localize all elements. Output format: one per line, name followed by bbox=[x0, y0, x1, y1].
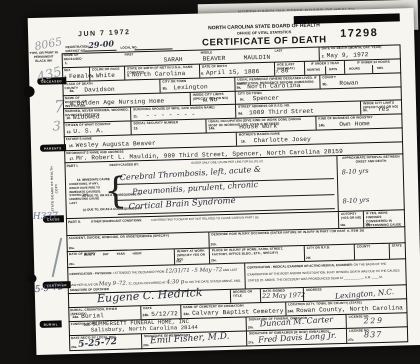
field-number: 3. bbox=[64, 75, 67, 79]
field-number: 2. bbox=[322, 54, 325, 58]
examiner-cert-am: A.M. ____ bbox=[365, 275, 379, 279]
field-age-value: 7.86 bbox=[276, 67, 289, 74]
name-first-value: SARAH bbox=[164, 56, 183, 63]
field-number: 17. bbox=[69, 156, 74, 160]
name-first-header: FIRST bbox=[125, 52, 134, 56]
field-number: 9e. bbox=[363, 108, 368, 112]
field-number: 9d. bbox=[238, 112, 243, 116]
field-how-injury-label: DESCRIBE HOW INJURY OCCURRED (ENTER NATU… bbox=[211, 229, 396, 238]
received-date-stamp: JUN 7 1972 bbox=[78, 29, 131, 38]
embalmer-license-value: 837 bbox=[364, 330, 383, 339]
field-business-value: 14b.Own Home bbox=[318, 120, 369, 128]
divider bbox=[372, 65, 373, 73]
field-number: 14a. bbox=[209, 126, 216, 130]
under-1yr-days-header: DAYS bbox=[329, 67, 337, 71]
interval-a-value: 8-10 yrs bbox=[342, 167, 369, 177]
registration-district-value: 29-00 bbox=[88, 38, 114, 50]
under-24h-min-header: MIN. bbox=[377, 66, 383, 70]
pod-city-text: Lexington bbox=[173, 83, 207, 91]
name-middle-value: BEAVER bbox=[203, 55, 226, 63]
field-number: 24d. bbox=[287, 309, 294, 313]
hole-punch bbox=[27, 274, 36, 283]
field-autopsy-findings-label: IF YES, WERE FINDINGS CONSIDERED IN DETE… bbox=[366, 211, 404, 227]
surviving-spouse-text: - - - - - - - bbox=[146, 111, 196, 119]
field-pod-county-value: 8a.Davidson bbox=[69, 86, 114, 94]
hole-punch bbox=[23, 86, 34, 97]
field-number: 20f. bbox=[306, 256, 311, 260]
examiner-cert-title: CERTIFICATION - MEDICAL EXAMINER OR ACTI… bbox=[247, 263, 353, 270]
pencil-number-3: 3 bbox=[52, 119, 61, 134]
birth-state-text: North Carolina bbox=[132, 70, 186, 78]
certificate-number: 17298 bbox=[340, 27, 378, 40]
date-signed-value: 22 May 1972 bbox=[262, 291, 305, 300]
field-number: 27b. bbox=[348, 338, 354, 342]
field-sex-value: 3.Female bbox=[64, 72, 92, 80]
physician-cert-t1: I ATTENDED THE DECEASED FROM bbox=[113, 270, 164, 275]
field-number: 25b. bbox=[248, 325, 254, 329]
under-1yr-months-header: MONTHS bbox=[307, 67, 320, 71]
field-ssn-label: SOCIAL SECURITY NUMBER bbox=[133, 121, 204, 127]
field-number: 6. bbox=[201, 72, 204, 76]
field-number: 24a. bbox=[72, 315, 79, 319]
field-degree-title: DEGREE OR TITLE bbox=[230, 288, 260, 303]
marital-status-text: Widowed bbox=[73, 113, 100, 121]
field-number: 8d. bbox=[203, 98, 208, 102]
field-number: 20d. bbox=[176, 259, 182, 263]
field-number: 9c. bbox=[240, 97, 245, 101]
field-res-city-value: 9c.Spencer bbox=[240, 95, 280, 103]
date-of-death-text: May 9, 1972 bbox=[326, 51, 368, 59]
pod-county-text: Davidson bbox=[84, 86, 115, 94]
field-inside-city-death-value: 8d.No bbox=[203, 96, 218, 103]
tab-burial: BURIAL bbox=[40, 320, 63, 327]
stray-pencil-mark bbox=[52, 238, 62, 277]
part2-label: PART II. bbox=[68, 220, 81, 224]
field-number: 19b. bbox=[365, 222, 371, 226]
interval-c-value: 8-10 yrs bbox=[342, 196, 369, 206]
field-number: 26b. bbox=[143, 343, 149, 347]
field-number: 13. bbox=[134, 126, 139, 130]
field-injury-state: STATE bbox=[389, 242, 406, 258]
field-number: 16. bbox=[241, 139, 246, 143]
header-black-bar bbox=[294, 13, 400, 24]
director-license-value: 229 bbox=[364, 316, 385, 326]
field-number: 7. bbox=[276, 70, 279, 74]
field-res-county-value: 9b.Rowan bbox=[322, 79, 358, 87]
field-injury-place-label: PLACE OF INJURY (IF HOME, FARM, STREET, … bbox=[212, 247, 300, 257]
occupation-text: House Work bbox=[239, 123, 277, 131]
scan-background: NORTH CAROLINA STATE BOARD OF HEALTH 806… bbox=[0, 0, 420, 364]
res-county-text: Rowan bbox=[339, 79, 358, 86]
field-injury-county: COUNTY bbox=[354, 243, 389, 260]
business-text: Own Home bbox=[339, 120, 370, 128]
burial-date-text: 5/12/72 bbox=[151, 310, 178, 318]
examiner-cert-t2: 22. ABOVE, THE DECEDENT WAS PRONOUNCED D… bbox=[260, 276, 364, 283]
field-number: 5. bbox=[127, 73, 130, 77]
field-number: 12. bbox=[67, 130, 72, 134]
field-injury-state-label: STATE bbox=[392, 244, 405, 248]
inside-city-death-text: No bbox=[210, 96, 218, 103]
name-last-value: MAULDIN bbox=[243, 54, 270, 62]
field-number: 20e. bbox=[211, 258, 217, 262]
print-instruction-note: TYPE, OR PRINT IN PERMANENT BLACK INK bbox=[29, 50, 59, 63]
field-ssn-value: 13. bbox=[134, 126, 139, 130]
part1-label: PART I. bbox=[66, 164, 78, 168]
field-number: 11. bbox=[133, 114, 138, 118]
attended-to-date: 5 May -72 bbox=[194, 267, 222, 274]
physician-cert-title: CERTIFICATION - PHYSICIAN: bbox=[69, 271, 112, 276]
field-accident-type-label: ACCIDENT, SUICIDE, HOMICIDE, OR UNDETERM… bbox=[68, 234, 188, 241]
field-pod-city-value: 8b.Lexington bbox=[162, 83, 207, 91]
field-degree-title-label: DEGREE OR TITLE bbox=[233, 290, 259, 298]
under-24h-hours-header: HOURS bbox=[349, 66, 360, 70]
field-inside-city-res-value: 9e.Yes bbox=[363, 106, 389, 114]
field-injury-county-label: COUNTY bbox=[357, 245, 388, 250]
copy-designation-label: STATE BOARD OF HEALTH COPY bbox=[50, 165, 60, 211]
field-injury-city-label: CITY OR R.F.D. bbox=[307, 246, 353, 251]
field-number: 20c. bbox=[69, 262, 75, 266]
field-number: 19a. bbox=[340, 223, 346, 227]
last-seen-year: -72. bbox=[117, 281, 128, 287]
field-number: 9a. bbox=[236, 86, 241, 90]
field-number: 20b. bbox=[211, 242, 217, 246]
field-number: 14b. bbox=[319, 123, 326, 127]
interval-column-header: APPROXIMATE INTERVAL BETWEEN ONSET AND D… bbox=[339, 155, 402, 164]
field-number: 1. bbox=[65, 61, 68, 65]
field-number: 24b. bbox=[142, 313, 149, 317]
attended-from-date: 12/31/71 - bbox=[165, 268, 193, 275]
physician-cert-t3: 21. DEATH OCCURRED AT bbox=[128, 281, 165, 286]
field-number: 9b. bbox=[322, 82, 327, 86]
field-number: 25a. bbox=[84, 322, 91, 326]
field-autopsy-label: AUTOPSY (YES OR NO) bbox=[341, 212, 362, 220]
field-number: 20a. bbox=[69, 246, 75, 250]
death-time-value: 4:30 p bbox=[167, 279, 185, 285]
inside-city-res-text: Yes bbox=[378, 106, 390, 113]
death-caused-by-label: DEATH CAUSED BY: bbox=[109, 162, 138, 167]
examiner-certification-text: CERTIFICATION - MEDICAL EXAMINER OR ACTI… bbox=[247, 260, 405, 284]
field-number: 27a. bbox=[248, 340, 254, 344]
citizen-text: U. S. A. bbox=[73, 127, 104, 135]
field-number: 8a. bbox=[70, 89, 75, 93]
ink-date-margin: 5-9-72 bbox=[34, 282, 64, 295]
tab-parents: PARENTS bbox=[40, 144, 66, 151]
field-number: 4. bbox=[91, 74, 94, 78]
divider bbox=[325, 66, 326, 74]
date-of-birth-text: April 15, 1886 bbox=[206, 68, 260, 76]
age-text: 86 bbox=[281, 67, 289, 74]
field-race-value: 4.White bbox=[91, 72, 115, 80]
field-citizen-value: 12.U. S. A. bbox=[67, 127, 104, 135]
examiner-cert-m: M. bbox=[379, 275, 382, 279]
field-number: 8c. bbox=[70, 102, 75, 106]
certificate-sheet: 8065 TYPE, OR PRINT IN PERMANENT BLACK I… bbox=[28, 8, 420, 355]
race-text: White bbox=[96, 72, 115, 79]
name-last-header: LAST bbox=[275, 48, 283, 52]
ink-code-h337: H337 bbox=[33, 211, 58, 222]
field-number: 26a. bbox=[71, 345, 77, 349]
field-number: 24c. bbox=[183, 312, 190, 316]
immediate-cause-label: 18. IMMEDIATE CAUSE bbox=[77, 177, 110, 182]
burial-text: Burial bbox=[81, 312, 104, 320]
name-middle-header: MIDDLE bbox=[201, 50, 213, 54]
field-number: 8b. bbox=[162, 86, 167, 90]
field-number: 15. bbox=[69, 144, 74, 148]
field-number: 10. bbox=[66, 116, 71, 120]
field-under-24h-label: IF UNDER 24 HOURS bbox=[347, 60, 400, 65]
field-date-of-death-value: 2.May 9, 1972 bbox=[322, 51, 369, 59]
res-city-text: Spencer bbox=[252, 95, 279, 103]
field-marital-status-value: 10.Widowed bbox=[66, 113, 100, 121]
